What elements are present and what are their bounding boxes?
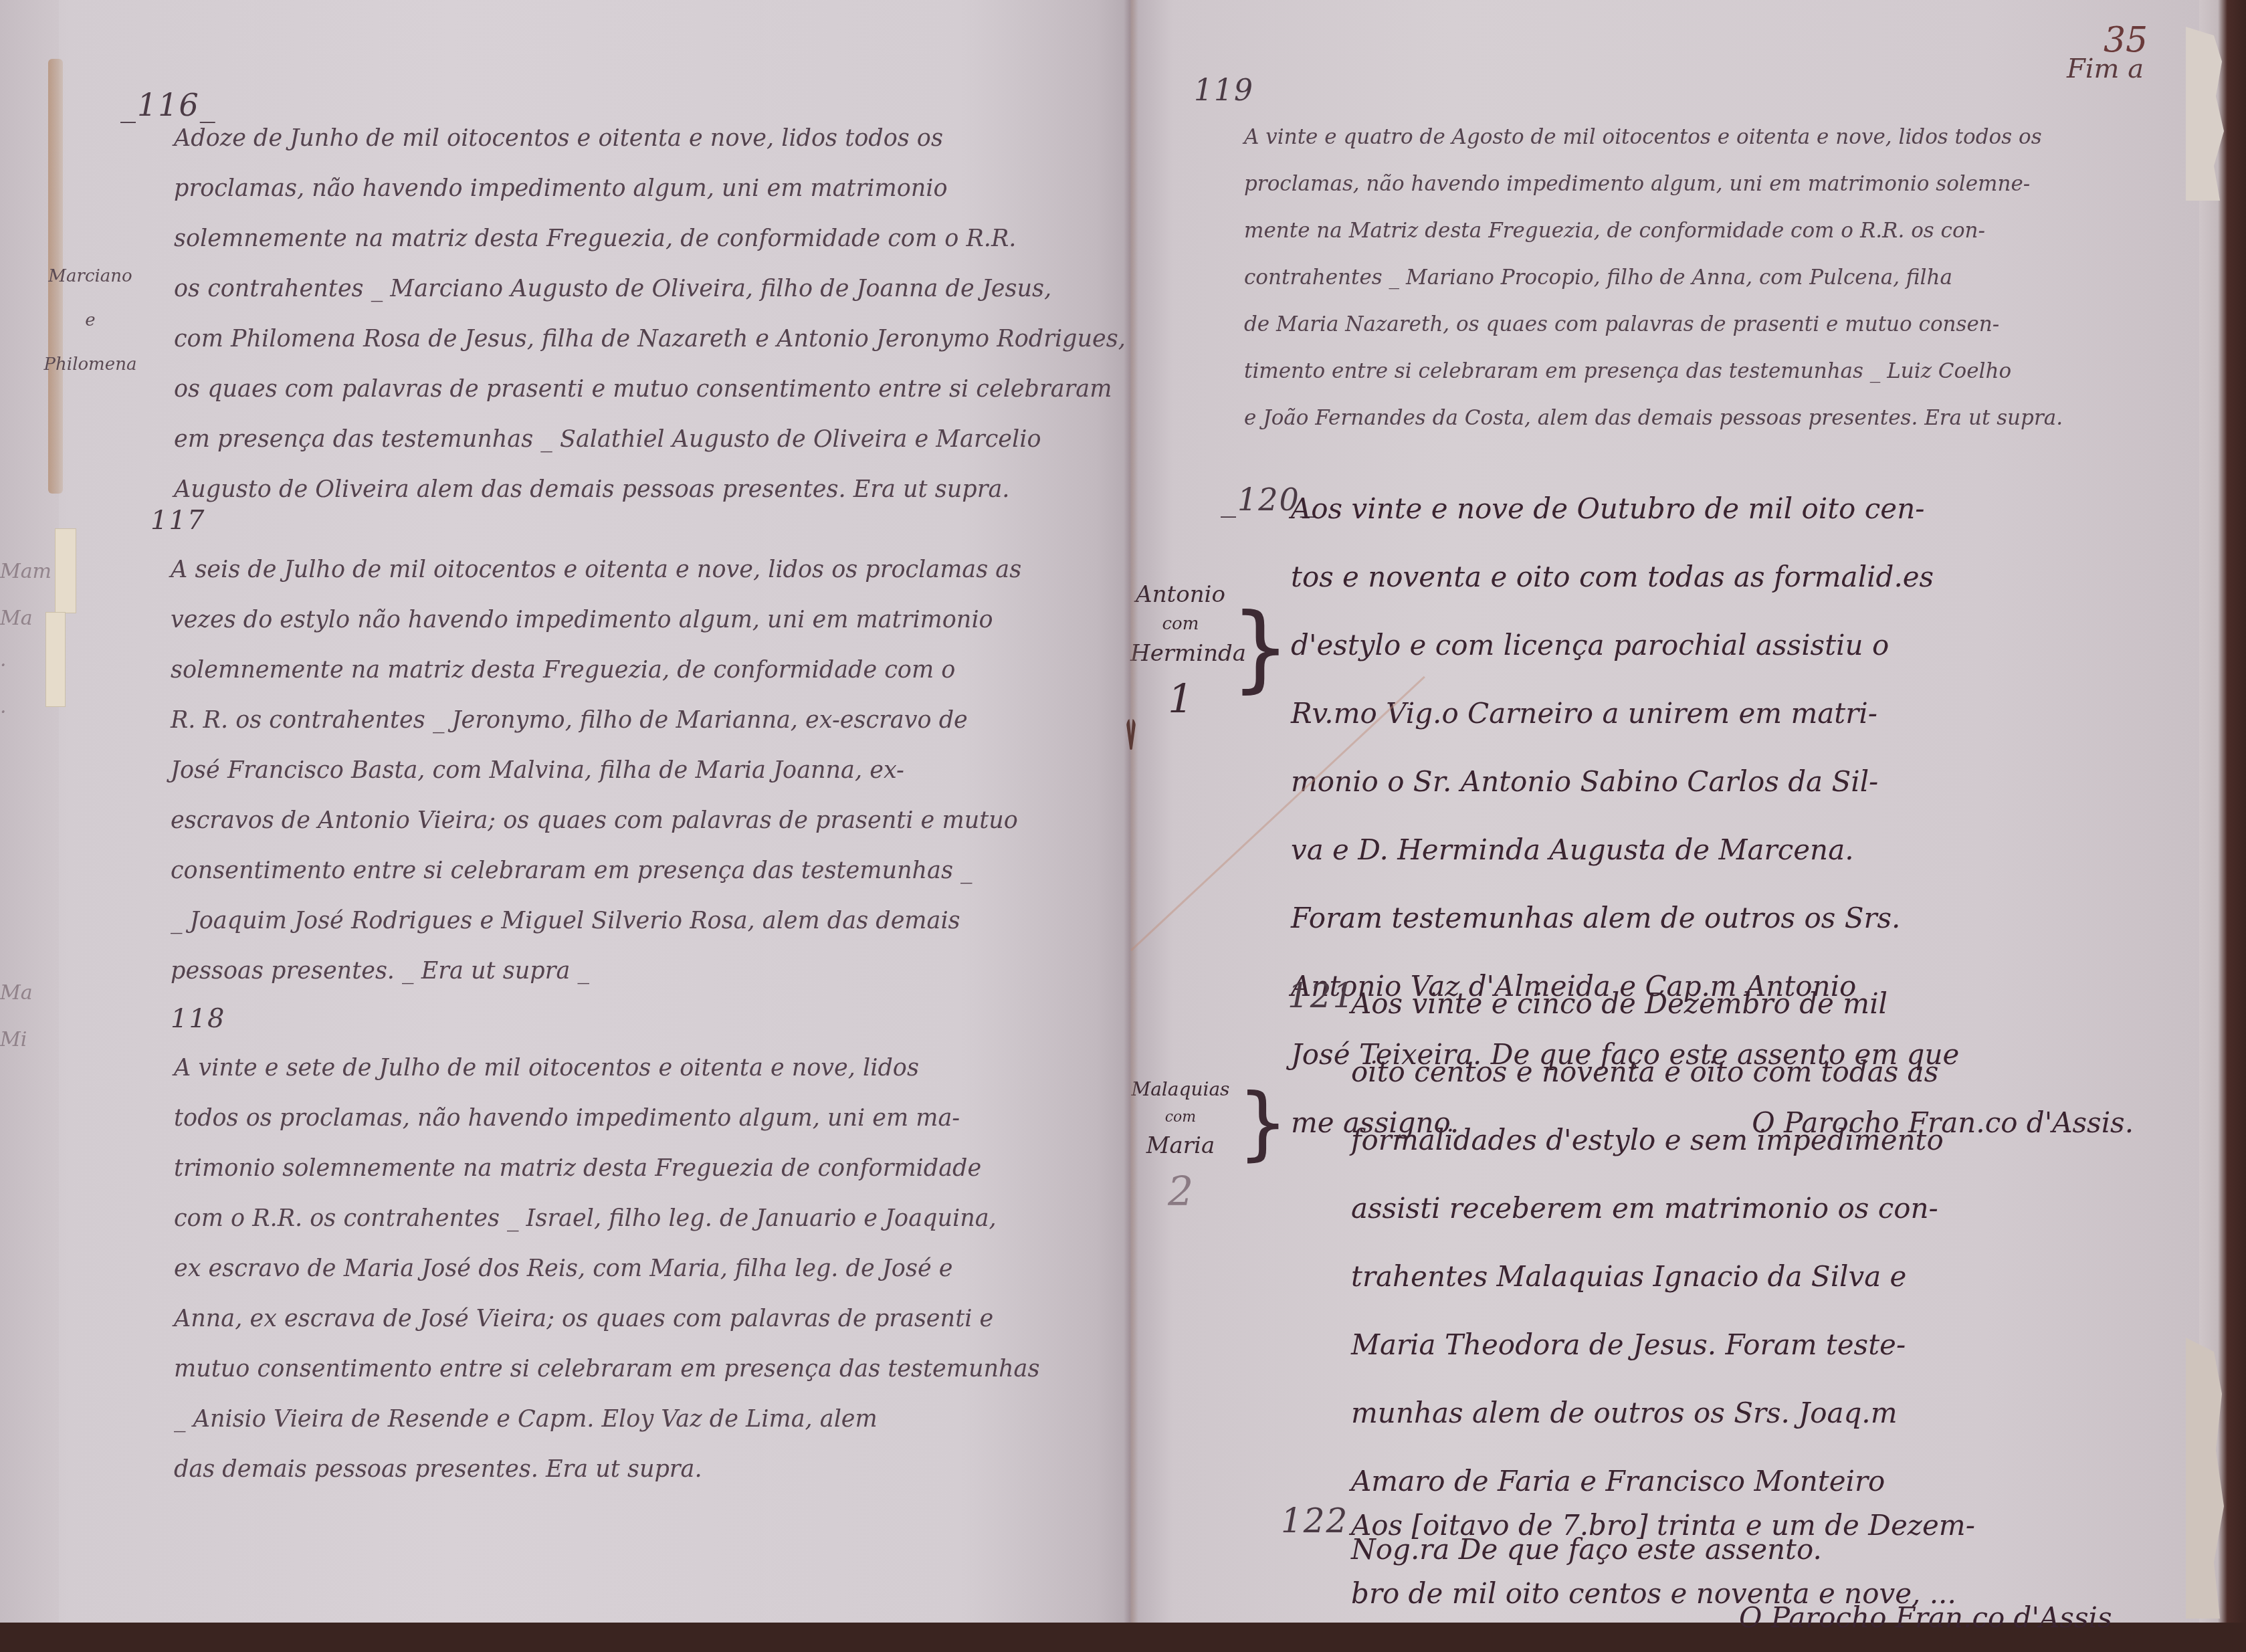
right-page: 35 Fim a 119 A vinte e quatro de Agosto … [1130, 0, 2201, 1623]
entry-text: Adoze de Junho de mil oitocentos e oiten… [174, 114, 1126, 515]
entry-number: 122 [1281, 1502, 1348, 1540]
margin-note-names: Antonio com Herminda 1 [1130, 575, 1231, 726]
brace: } [1231, 602, 1290, 696]
bleed-through-text: MamMa·· [0, 548, 54, 736]
entry-number: 118 [171, 1003, 225, 1034]
binding-gutter [1124, 0, 1138, 1623]
entry-number: 119 [1194, 74, 1254, 108]
bleed-through-text: MaMi [0, 970, 54, 1063]
left-page: MamMa·· MaMi _116_ Marciano e Philomena … [0, 0, 1130, 1623]
margin-note-names: Marciano e Philomena [40, 261, 140, 380]
binding-tab [55, 528, 76, 613]
entry-text: A vinte e sete de Julho de mil oitocento… [174, 1043, 1039, 1495]
entry-number: 117 [150, 505, 205, 536]
register-spread: MamMa·· MaMi _116_ Marciano e Philomena … [0, 0, 2246, 1623]
entry-text: A seis de Julho de mil oitocentos e oite… [171, 545, 1021, 997]
running-head: Fim a [2067, 54, 2144, 84]
entry-text: Aos [oitavo de 7.bro] trinta e um de Dez… [1351, 1491, 1975, 1623]
entry-number: 121 [1288, 976, 1355, 1015]
margin-note-names: Malaquias com Maria 2 [1130, 1070, 1231, 1219]
brace: } [1237, 1083, 1288, 1164]
entry-text: A vinte e quatro de Agosto de mil oitoce… [1244, 114, 2063, 441]
